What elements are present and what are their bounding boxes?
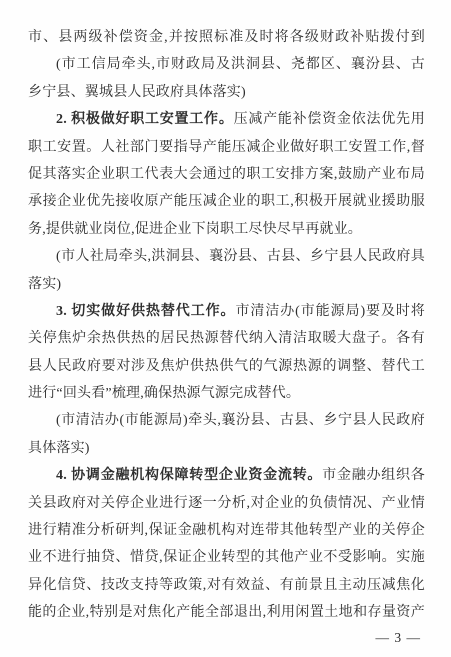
line-text: 异化信贷、技改支持等政策,对有效益、有前景且主动压减焦化产 (28, 578, 425, 599)
text-line: 乡宁县、翼城县人民政府具体落实) (28, 79, 425, 106)
text-line: (市人社局牵头,洪洞县、襄汾县、古县、乡宁县人民政府具体 (28, 243, 425, 270)
line-text: 承接企业优先接收原产能压减企业的职工,积极开展就业援助服 (28, 194, 425, 209)
line-text: 具体落实) (28, 441, 90, 456)
line-text: 落实) (28, 277, 61, 292)
line-text: 县人民政府要对涉及焦炉供热供气的气源热源的调整、替代工作 (28, 359, 425, 380)
text-line: 职工安置。人社部门要指导产能压减企业做好职工安置工作,督 (28, 134, 425, 161)
line-text: 业不进行抽贷、惜贷,保证企业转型的其他产业不受影响。实施差 (28, 550, 425, 571)
item-heading: 4. 协调金融机构保障转型企业资金流转。 (56, 468, 322, 483)
line-text: 职工安置。人社部门要指导产能压减企业做好职工安置工作,督 (28, 140, 425, 155)
line-text: 能的企业,特别是对焦化产能全部退出,利用闲置土地和存量资产 (28, 605, 425, 620)
document-body: 市、县两级补偿资金,并按照标准及时将各级财政补贴拨付到位。(市工信局牵头,市财政… (28, 24, 425, 627)
line-text: (市人社局牵头,洪洞县、襄汾县、古县、乡宁县人民政府具体 (28, 249, 425, 270)
text-line: 具体落实) (28, 435, 425, 462)
text-line: (市清洁办(市能源局)牵头,襄汾县、古县、乡宁县人民政府 (28, 407, 425, 434)
line-text: 关停焦炉余热供热的居民热源替代纳入清洁取暖大盘子。各有关 (28, 331, 425, 352)
item-first-line: 4. 协调金融机构保障转型企业资金流转。市金融办组织各有 (28, 462, 425, 489)
document-page: 市、县两级补偿资金,并按照标准及时将各级财政补贴拨付到位。(市工信局牵头,市财政… (0, 0, 451, 657)
text-line: (市工信局牵头,市财政局及洪洞县、尧都区、襄汾县、古县、 (28, 51, 425, 78)
text-line: 县人民政府要对涉及焦炉供热供气的气源热源的调整、替代工作 (28, 353, 425, 380)
text-line: 关停焦炉余热供热的居民热源替代纳入清洁取暖大盘子。各有关 (28, 325, 425, 352)
text-line: 落实) (28, 271, 425, 298)
text-line: 进行“回头看”梳理,确保热源气源完成替代。 (28, 380, 425, 407)
text-line: 业不进行抽贷、惜贷,保证企业转型的其他产业不受影响。实施差 (28, 544, 425, 571)
text-line: 关县政府对关停企业进行逐一分析,对企业的负债情况、产业情况 (28, 490, 425, 517)
page-number: — 3 — (376, 630, 422, 646)
text-line: 促其落实企业职工代表大会通过的职工安排方案,鼓励产业布局 (28, 161, 425, 188)
line-text: 市清洁办(市能源局)要及时将 (235, 304, 425, 319)
item-heading: 2. 积极做好职工安置工作。 (56, 112, 234, 127)
line-text: 乡宁县、翼城县人民政府具体落实) (28, 85, 246, 100)
item-first-line: 3. 切实做好供热替代工作。市清洁办(市能源局)要及时将 (28, 298, 425, 325)
text-line: 能的企业,特别是对焦化产能全部退出,利用闲置土地和存量资产 (28, 599, 425, 626)
text-line: 务,提供就业岗位,促进企业下岗职工尽快尽早再就业。 (28, 216, 425, 243)
line-text: 关县政府对关停企业进行逐一分析,对企业的负债情况、产业情况 (28, 496, 425, 517)
item-first-line: 2. 积极做好职工安置工作。压减产能补偿资金依法优先用于 (28, 106, 425, 133)
text-line: 进行精准分析研判,保证金融机构对连带其他转型产业的关停企 (28, 517, 425, 544)
line-text: 市、县两级补偿资金,并按照标准及时将各级财政补贴拨付到位。 (28, 30, 425, 51)
text-line: 市、县两级补偿资金,并按照标准及时将各级财政补贴拨付到位。 (28, 24, 425, 51)
line-text: 务,提供就业岗位,促进企业下岗职工尽快尽早再就业。 (28, 222, 362, 237)
line-text: 进行精准分析研判,保证金融机构对连带其他转型产业的关停企 (28, 523, 425, 538)
line-text: (市清洁办(市能源局)牵头,襄汾县、古县、乡宁县人民政府 (56, 413, 425, 428)
item-heading: 3. 切实做好供热替代工作。 (56, 304, 235, 319)
text-line: 承接企业优先接收原产能压减企业的职工,积极开展就业援助服 (28, 188, 425, 215)
line-text: 进行“回头看”梳理,确保热源气源完成替代。 (28, 386, 300, 401)
text-line: 异化信贷、技改支持等政策,对有效益、有前景且主动压减焦化产 (28, 572, 425, 599)
line-text: (市工信局牵头,市财政局及洪洞县、尧都区、襄汾县、古县、 (28, 57, 425, 78)
line-text: 促其落实企业职工代表大会通过的职工安排方案,鼓励产业布局 (28, 167, 425, 182)
